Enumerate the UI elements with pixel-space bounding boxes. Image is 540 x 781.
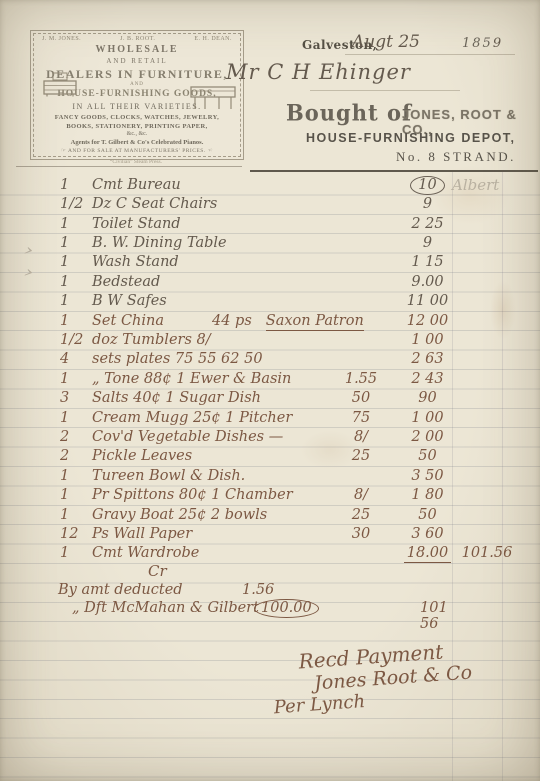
- line-item: 1 Pr Spittons 80¢ 1 Chamber 8/ 1 80: [0, 487, 540, 506]
- invoice-total: 101.56: [455, 545, 519, 561]
- item-amount: 18.00: [400, 545, 455, 561]
- item-amount: 9: [400, 196, 455, 212]
- line-item: 1 Wash Stand 1 15: [0, 254, 540, 273]
- item-desc: Toilet Stand: [92, 216, 181, 232]
- item-desc: Gravy Boat 25¢ 2 bowls: [92, 507, 267, 523]
- credit-heading: Cr: [148, 562, 167, 580]
- item-qty: 1: [60, 410, 90, 426]
- item-amount: 11 00: [400, 293, 455, 309]
- partner-name: J. M. JONES.: [42, 36, 81, 42]
- item-desc: Dz C Seat Chairs: [92, 196, 217, 212]
- item-qty: 1/2: [60, 196, 90, 212]
- line-item: 4 sets plates 75 55 62 50 2 63: [0, 351, 540, 370]
- invoice-document: J. M. JONES. J. B. ROOT. E. H. DEAN. WHO…: [0, 0, 540, 781]
- item-desc: Cmt Wardrobe: [92, 545, 199, 561]
- item-desc: Pr Spittons 80¢ 1 Chamber: [92, 487, 293, 503]
- line-item: 1 Bedstead 9.00: [0, 274, 540, 293]
- line-item: 1 „ Tone 88¢ 1 Ewer & Basin 1.55 2 43: [0, 371, 540, 390]
- item-unit-price: 8/: [330, 487, 392, 503]
- credit-amount: 1.56: [242, 582, 274, 598]
- and-retail-text: AND RETAIL: [34, 57, 240, 66]
- date-baseline: [345, 54, 515, 55]
- item-amount: 3 50: [400, 468, 455, 484]
- item-qty: 3: [60, 390, 90, 406]
- partner-names: J. M. JONES. J. B. ROOT. E. H. DEAN.: [34, 35, 240, 42]
- item-qty: 1: [60, 545, 90, 561]
- line-item: 1 Tureen Bowl & Dish. 3 50: [0, 468, 540, 487]
- item-qty: 1: [60, 254, 90, 270]
- customer-name: Mr C H Ehinger: [226, 60, 411, 84]
- item-desc: B. W. Dining Table: [92, 235, 227, 251]
- line-item: 1 Cmt Wardrobe 18.00 101.56: [0, 545, 540, 564]
- item-desc: Salts 40¢ 1 Sugar Dish: [92, 390, 261, 406]
- line-item: 1 Cmt Bureau 10: [0, 177, 540, 196]
- depot-label: HOUSE-FURNISHING DEPOT,: [306, 131, 516, 145]
- header-rule-left: [16, 166, 242, 167]
- item-desc: Bedstead: [92, 274, 160, 290]
- item-desc: B W Safes: [92, 293, 167, 309]
- credit-desc: By amt deducted: [58, 582, 183, 598]
- item-unit-price: 75: [330, 410, 392, 426]
- item-unit-price: 30: [330, 526, 392, 542]
- item-amount: 2 00: [400, 429, 455, 445]
- line-item: 12 Ps Wall Paper 30 3 60: [0, 526, 540, 545]
- item-amount: 1 00: [400, 410, 455, 426]
- item-qty: 1: [60, 507, 90, 523]
- item-desc: Ps Wall Paper: [92, 526, 192, 542]
- item-amount: 1 00: [400, 332, 455, 348]
- item-qty: 4: [60, 351, 90, 367]
- item-qty: 1: [60, 313, 90, 329]
- bureau-icon: [41, 71, 79, 97]
- item-desc: doz Tumblers 8/: [92, 332, 211, 348]
- year: 1859: [462, 36, 503, 51]
- item-amount: 50: [400, 448, 455, 464]
- item-qty: 2: [60, 429, 90, 445]
- wholesale-text: WHOLESALE: [34, 44, 240, 57]
- line-item: 1 B W Safes 11 00: [0, 293, 540, 312]
- line-item: 1/2 Dz C Seat Chairs 9: [0, 196, 540, 215]
- year-handwritten: 9: [493, 36, 503, 51]
- item-amount: 1 15: [400, 254, 455, 270]
- handwritten-date: Augt 25: [352, 32, 420, 52]
- item-qty: 2: [60, 448, 90, 464]
- item-unit-price: 1.55: [330, 371, 392, 387]
- item-amount: 10: [400, 177, 455, 193]
- fancy-goods-text2: BOOKS, STATIONERY, PRINTING PAPER,: [34, 123, 240, 131]
- item-amount: 9: [400, 235, 455, 251]
- line-item: 1 Set China 44 psSaxon Patron 12 00: [0, 313, 540, 332]
- item-qty: 1: [60, 216, 90, 232]
- printer-credit: “Civilian” Steam Press.: [30, 159, 242, 165]
- item-unit-price: 50: [330, 390, 392, 406]
- item-qty: 1: [60, 468, 90, 484]
- item-note: 44 psSaxon Patron: [212, 313, 364, 329]
- item-qty: 1: [60, 487, 90, 503]
- customer-baseline: [310, 90, 460, 91]
- item-amount: 50: [400, 507, 455, 523]
- line-item: 2 Pickle Leaves 25 50: [0, 448, 540, 467]
- agents-text: Agents for T. Gilbert & Co's Celebrated …: [34, 139, 240, 147]
- credit-line: By amt deducted 1.56: [58, 582, 183, 598]
- advertisement-box: J. M. JONES. J. B. ROOT. E. H. DEAN. WHO…: [30, 30, 244, 160]
- credit-line: „ Dft McMahan & Gilbert 100.00 101 56: [72, 600, 259, 616]
- item-qty: 1/2: [60, 332, 90, 348]
- item-desc: Cmt Bureau: [92, 177, 181, 193]
- line-item: 1 Gravy Boat 25¢ 2 bowls 25 50: [0, 507, 540, 526]
- item-amount: 2 63: [400, 351, 455, 367]
- credit-total: 101 56: [420, 600, 448, 632]
- item-desc: Pickle Leaves: [92, 448, 192, 464]
- item-qty: 1: [60, 293, 90, 309]
- item-desc: Set China: [92, 313, 164, 329]
- line-item: 1 Cream Mugg 25¢ 1 Pitcher 75 1 00: [0, 410, 540, 429]
- partner-name: E. H. DEAN.: [194, 36, 232, 42]
- item-amount: 2 43: [400, 371, 455, 387]
- item-qty: 1: [60, 177, 90, 193]
- item-amount: 12 00: [400, 313, 455, 329]
- street-address: No. 8 STRAND.: [396, 149, 516, 165]
- credit-amount: 100.00: [254, 600, 319, 616]
- item-qty: 1: [60, 371, 90, 387]
- piano-icon: [189, 83, 237, 111]
- item-qty: 12: [60, 526, 90, 542]
- item-desc: Wash Stand: [92, 254, 179, 270]
- fancy-goods-text: FANCY GOODS, CLOCKS, WATCHES, JEWELRY,: [34, 114, 240, 122]
- partner-name: J. B. ROOT.: [120, 36, 155, 42]
- item-amount: 2 25: [400, 216, 455, 232]
- line-item: 2 Cov'd Vegetable Dishes — 8/ 2 00: [0, 429, 540, 448]
- bought-of-label: Bought of: [286, 99, 412, 125]
- item-unit-price: 8/: [330, 429, 392, 445]
- item-amount: 9.00: [400, 274, 455, 290]
- year-printed: 185: [462, 36, 493, 51]
- etc-text: &c., &c.: [34, 131, 240, 139]
- item-desc: „ Tone 88¢ 1 Ewer & Basin: [92, 371, 291, 387]
- item-unit-price: 25: [330, 448, 392, 464]
- item-unit-price: 25: [330, 507, 392, 523]
- line-item: 1 B. W. Dining Table 9: [0, 235, 540, 254]
- header-rule-right: [250, 170, 538, 172]
- item-desc: sets plates 75 55 62 50: [92, 351, 263, 367]
- item-qty: 1: [60, 235, 90, 251]
- item-desc: Cov'd Vegetable Dishes —: [92, 429, 283, 445]
- line-item: 1 Toilet Stand 2 25: [0, 216, 540, 235]
- credit-desc: „ Dft McMahan & Gilbert: [72, 600, 259, 616]
- item-qty: 1: [60, 274, 90, 290]
- item-amount: 90: [400, 390, 455, 406]
- prices-text: ☞ AND FOR SALE AT MANUFACTURERS' PRICES.…: [34, 148, 240, 155]
- item-desc: Cream Mugg 25¢ 1 Pitcher: [92, 410, 292, 426]
- item-amount: 3 60: [400, 526, 455, 542]
- line-item: 3 Salts 40¢ 1 Sugar Dish 50 90: [0, 390, 540, 409]
- item-amount: 1 80: [400, 487, 455, 503]
- item-desc: Tureen Bowl & Dish.: [92, 468, 245, 484]
- line-item: 1/2 doz Tumblers 8/ 1 00: [0, 332, 540, 351]
